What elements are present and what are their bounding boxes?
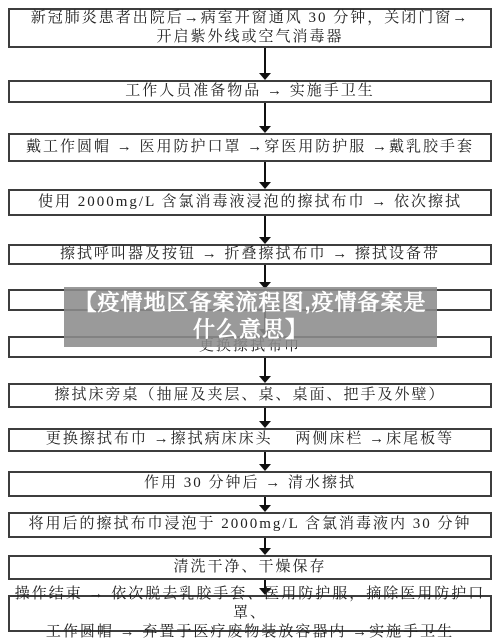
down-arrow-icon [259, 358, 271, 383]
flow-step-don-ppe: 戴工作圆帽 → 医用防护口罩 →穿医用防护服 →戴乳胶手套 [8, 133, 492, 162]
down-arrow-icon [259, 265, 271, 289]
flow-step-discharge-ventilation: 新冠肺炎患者出院后→病室开窗通风 30 分钟，关闭门窗→ 开启紫外线或空气消毒器 [8, 8, 492, 48]
flow-step-text: 将用后的擦拭布巾浸泡于 2000mg/L 含氯消毒液内 30 分钟 [10, 515, 490, 534]
down-arrow-icon [259, 216, 271, 244]
flow-step-text: 戴工作圆帽 → 医用防护口罩 →穿医用防护服 →戴乳胶手套 [10, 138, 490, 157]
flow-step-finish-doff-ppe: 操作结束 → 依次脱去乳胶手套、医用防护服，摘除医用防护口罩、 工作圆帽 → 弃… [8, 595, 492, 632]
flow-step-text: 使用 2000mg/L 含氯消毒液浸泡的擦拭布巾 → 依次擦拭 [10, 193, 490, 212]
down-arrow-icon [259, 162, 271, 189]
down-arrow-icon [259, 103, 271, 133]
watermark-title-banner: 【疫情地区备案流程图,疫情备案是什么意思】 [64, 287, 437, 347]
flow-step-chlorine-wipe: 使用 2000mg/L 含氯消毒液浸泡的擦拭布巾 → 依次擦拭 [8, 189, 492, 216]
flow-step-text: 工作人员准备物品 → 实施手卫生 [10, 82, 490, 101]
flow-step-text: 操作结束 → 依次脱去乳胶手套、医用防护服，摘除医用防护口罩、 工作圆帽 → 弃… [10, 585, 490, 638]
down-arrow-icon [259, 408, 271, 428]
flow-step-text: 清洗干净、干燥保存 [10, 558, 490, 577]
flow-step-wait-30min-water-wipe: 作用 30 分钟后 → 清水擦拭 [8, 471, 492, 497]
flow-step-soak-used-cloth: 将用后的擦拭布巾浸泡于 2000mg/L 含氯消毒液内 30 分钟 [8, 512, 492, 538]
down-arrow-icon [259, 452, 271, 471]
flow-step-text: 新冠肺炎患者出院后→病室开窗通风 30 分钟，关闭门窗→ 开启紫外线或空气消毒器 [10, 9, 490, 47]
down-arrow-icon [259, 538, 271, 555]
down-arrow-icon [259, 497, 271, 512]
flow-step-wipe-bedside-table: 擦拭床旁桌（抽屉及夹层、桌、桌面、把手及外壁） [8, 383, 492, 408]
flow-step-clean-dry-store: 清洗干净、干燥保存 [8, 555, 492, 580]
down-arrow-icon [259, 48, 271, 80]
flow-step-wipe-call-button: 擦拭呼叫器及按钮 → 折叠擦拭布巾 → 擦拭设备带 [8, 244, 492, 265]
flow-step-text: 擦拭呼叫器及按钮 → 折叠擦拭布巾 → 擦拭设备带 [10, 245, 490, 264]
flow-step-prepare-items: 工作人员准备物品 → 实施手卫生 [8, 80, 492, 103]
flow-step-text: 擦拭床旁桌（抽屉及夹层、桌、桌面、把手及外壁） [10, 386, 490, 405]
flow-step-text: 更换擦拭布巾 →擦拭病床床头 两侧床栏 →床尾板等 [10, 430, 490, 449]
flow-step-wipe-bed: 更换擦拭布巾 →擦拭病床床头 两侧床栏 →床尾板等 [8, 428, 492, 452]
flow-step-text: 作用 30 分钟后 → 清水擦拭 [10, 474, 490, 493]
watermark-title-text: 【疫情地区备案流程图,疫情备案是什么意思】 [64, 290, 437, 344]
flowchart-page: 新冠肺炎患者出院后→病室开窗通风 30 分钟，关闭门窗→ 开启紫外线或空气消毒器… [0, 0, 500, 638]
